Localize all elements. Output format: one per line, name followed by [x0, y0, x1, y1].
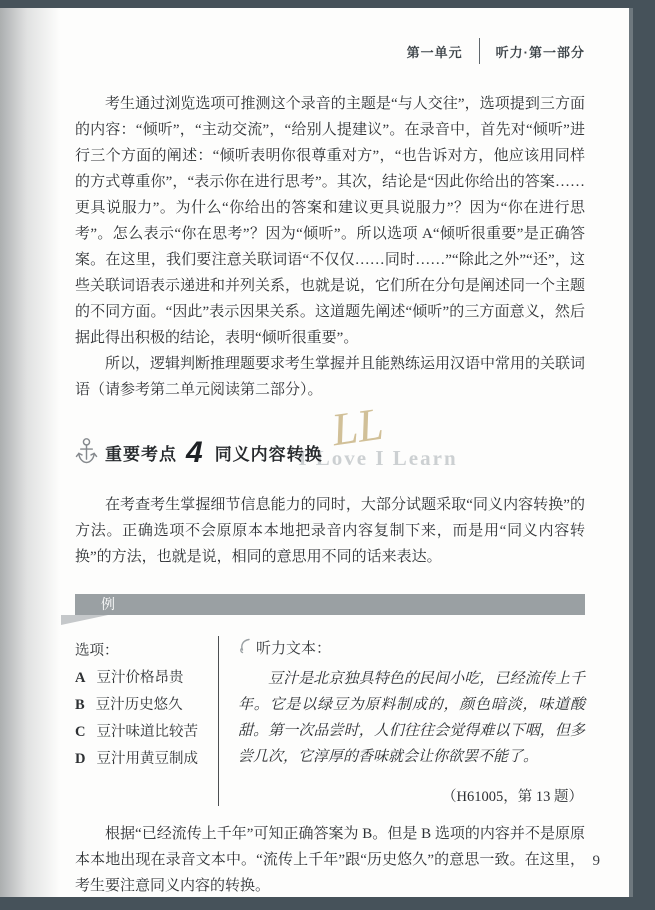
- header-divider: [479, 38, 480, 64]
- transcript-text: 豆汁是北京独具特色的民间小吃，已经流传上千年。它是以绿豆为原料制成的，颜色暗淡，…: [238, 666, 585, 770]
- option-c-text: 豆汁味道比较苦: [96, 724, 198, 740]
- option-c-letter: C: [75, 724, 85, 740]
- option-d: D豆汁用黄豆制成: [75, 746, 218, 773]
- book-page: LL I Love I Learn 第一单元 听力·第一部分 考生通过浏览选项可…: [0, 8, 629, 897]
- paragraph-conclusion: 所以，逻辑判断推理题要求考生掌握并且能熟练运用汉语中常用的关联词语（请参考第二单…: [75, 351, 585, 403]
- key-point-number: 4: [186, 438, 203, 468]
- option-a-letter: A: [75, 670, 85, 686]
- option-a: A豆汁价格昂贵: [75, 665, 218, 692]
- example-transcript: 听力文本： 豆汁是北京独具特色的民间小吃，已经流传上千年。它是以绿豆为原料制成的…: [218, 636, 585, 806]
- quote-icon: [238, 638, 251, 659]
- anchor-icon: [75, 437, 98, 470]
- key-point-label: 重要考点: [105, 440, 177, 465]
- example-banner-label: 例: [101, 594, 585, 615]
- page-header: 第一单元 听力·第一部分: [75, 38, 585, 64]
- page-spine-shadow: [0, 8, 60, 897]
- header-unit: 第一单元: [407, 42, 463, 61]
- paragraph-analysis: 考生通过浏览选项可推测这个录音的主题是“与人交往”，选项提到三方面的内容：“倾听…: [75, 91, 585, 351]
- example-block: 选项： A豆汁价格昂贵 B豆汁历史悠久 C豆汁味道比较苦 D豆汁用黄豆制成: [75, 636, 585, 806]
- key-point-title: 同义内容转换: [215, 440, 323, 465]
- option-d-text: 豆汁用黄豆制成: [96, 751, 198, 767]
- transcript-header: 听力文本：: [238, 636, 585, 659]
- example-options: 选项： A豆汁价格昂贵 B豆汁历史悠久 C豆汁味道比较苦 D豆汁用黄豆制成: [75, 636, 218, 806]
- option-a-text: 豆汁价格昂贵: [96, 670, 183, 686]
- options-title: 选项：: [75, 638, 218, 665]
- header-section: 听力·第一部分: [496, 42, 585, 61]
- paragraph-answer: 根据“已经流传上千年”可知正确答案为 B。但是 B 选项的内容并不是原原本本地出…: [75, 821, 585, 897]
- example-banner: 例: [75, 594, 585, 615]
- option-b: B豆汁历史悠久: [75, 692, 218, 719]
- paragraph-method: 在考查考生掌握细节信息能力的同时，大部分试题采取“同义内容转换”的方法。正确选项…: [75, 492, 585, 570]
- option-c: C豆汁味道比较苦: [75, 719, 218, 746]
- option-b-letter: B: [75, 697, 85, 713]
- option-d-letter: D: [75, 751, 85, 767]
- transcript-source: （H61005，第 13 题）: [238, 785, 585, 806]
- option-b-text: 豆汁历史悠久: [96, 697, 183, 713]
- key-point-heading: 重要考点 4 同义内容转换: [75, 435, 585, 470]
- page-number: 9: [593, 853, 601, 870]
- transcript-title: 听力文本：: [256, 637, 331, 658]
